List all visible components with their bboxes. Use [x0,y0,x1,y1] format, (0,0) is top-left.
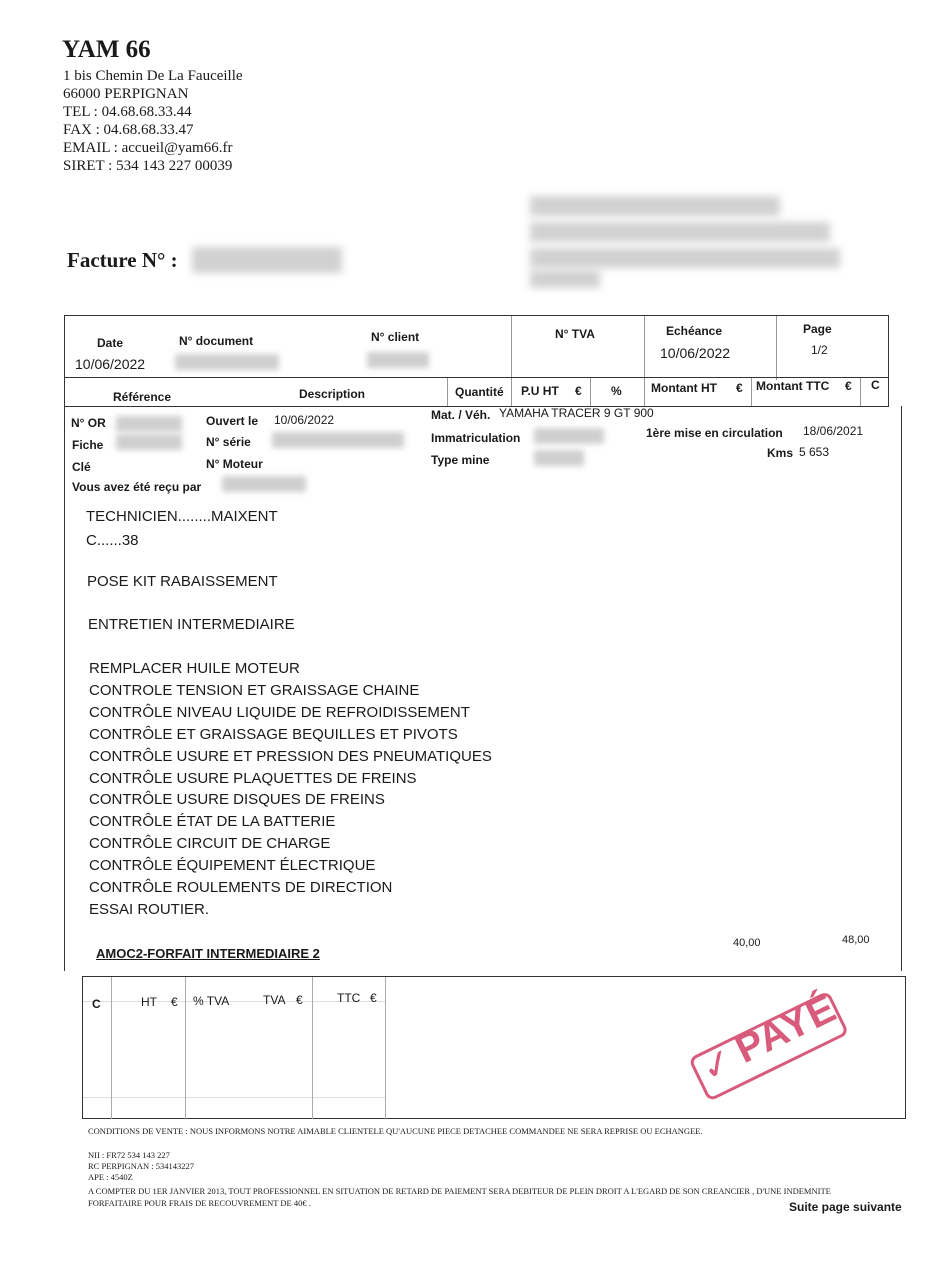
totals-ht-header: HT [141,995,157,1009]
first-registration-label: 1ère mise en circulation [646,426,783,440]
vehicle-label: Mat. / Véh. [431,408,490,422]
column-reference: Référence [113,390,171,404]
totals-ttc-currency: € [370,991,377,1005]
column-percent: % [611,384,622,398]
page-value: 1/2 [811,343,828,357]
redacted-document-number [175,354,279,370]
late-payment-line: FORFAITAIRE POUR FRAIS DE RECOUVREMENT D… [88,1197,831,1209]
technician-line: TECHNICIEN........MAIXENT [86,508,278,525]
kms-value: 5 653 [799,445,829,459]
key-label: Clé [72,460,91,474]
client-number-label: N° client [371,330,419,344]
date-value: 10/06/2022 [75,356,145,372]
kms-label: Kms [767,446,793,460]
c-line: C......38 [86,532,139,549]
operation-item: CONTRÔLE USURE PLAQUETTES DE FREINS [89,768,492,790]
redacted-invoice-number [192,247,342,273]
redacted-fiche [116,434,182,450]
company-tel: TEL : 04.68.68.33.44 [63,103,243,121]
operation-item: CONTRÔLE ET GRAISSAGE BEQUILLES ET PIVOT… [89,724,492,746]
company-name: YAM 66 [62,36,151,64]
divider [447,378,448,406]
operation-item: CONTRÔLE ÉTAT DE LA BATTERIE [89,811,492,833]
line-item-amount-ht: 40,00 [733,937,761,949]
divider [312,977,313,1119]
redacted-received-by [222,476,306,492]
document-number-label: N° document [179,334,253,348]
redacted-registration [534,428,604,444]
nii: NII : FR72 534 143 227 [88,1150,194,1161]
operation-item: ESSAI ROUTIER. [89,899,492,921]
invoice-header-table: Date 10/06/2022 N° document N° client N°… [64,315,889,379]
totals-ttc-header: TTC [337,991,360,1005]
operation-item: CONTRÔLE CIRCUIT DE CHARGE [89,833,492,855]
column-description: Description [299,387,365,401]
or-number-label: N° OR [71,416,106,430]
divider [511,316,512,380]
due-date-label: Echéance [666,324,722,338]
first-registration-value: 18/06/2021 [803,424,863,438]
divider [590,378,591,406]
operations-list: REMPLACER HUILE MOTEUR CONTROLE TENSION … [89,658,492,921]
engine-label: N° Moteur [206,457,263,471]
column-amount-ttc-currency: € [845,379,852,393]
operation-item: CONTRÔLE NIVEAU LIQUIDE DE REFROIDISSEME… [89,702,492,724]
column-unit-price-currency: € [575,384,582,398]
divider [83,1097,385,1098]
company-address-line1: 1 bis Chemin De La Fauceille [63,67,243,85]
invoice-title: Facture N° : [67,248,178,273]
redacted-client-address [530,222,830,242]
operation-item: CONTROLE TENSION ET GRAISSAGE CHAINE [89,680,492,702]
vehicle-value: YAMAHA TRACER 9 GT 900 [499,406,654,420]
operation-item: CONTRÔLE ROULEMENTS DE DIRECTION [89,877,492,899]
operation-item: REMPLACER HUILE MOTEUR [89,658,492,680]
column-amount-ht: Montant HT [651,381,717,395]
redacted-or-number [116,416,182,432]
totals-vat-rate-header: % TVA [193,994,229,1008]
divider [511,378,512,406]
line-item-reference: AMOC2-FORFAIT INTERMEDIAIRE 2 [96,946,320,961]
company-email: EMAIL : accueil@yam66.fr [63,139,243,157]
column-quantity: Quantité [455,385,504,399]
opened-label: Ouvert le [206,414,258,428]
divider [644,378,645,406]
divider [860,378,861,406]
redacted-client-address [530,270,600,288]
company-fax: FAX : 04.68.68.33.47 [63,121,243,139]
late-payment-line: A COMPTER DU 1ER JANVIER 2013, TOUT PROF… [88,1185,831,1197]
received-by-label: Vous avez été reçu par [72,480,201,494]
divider [751,378,752,406]
line-item-amount-ttc: 48,00 [842,934,870,946]
operation-item: CONTRÔLE ÉQUIPEMENT ÉLECTRIQUE [89,855,492,877]
vat-number-label: N° TVA [555,327,595,341]
legal-ids: NII : FR72 534 143 227 RC PERPIGNAN : 53… [88,1150,194,1183]
fiche-label: Fiche [72,438,103,452]
column-amount-ht-currency: € [736,381,743,395]
task-lowering-kit: POSE KIT RABAISSEMENT [87,573,278,590]
continued-next-page: Suite page suivante [789,1200,902,1214]
redacted-client-address [530,248,840,268]
totals-vat-currency: € [296,993,303,1007]
type-mine-label: Type mine [431,453,489,467]
divider [185,977,186,1119]
opened-value: 10/06/2022 [274,413,334,427]
ape-code: APE : 4540Z [88,1172,194,1183]
date-label: Date [97,336,123,350]
redacted-client-address [530,196,780,216]
operation-item: CONTRÔLE USURE DISQUES DE FREINS [89,789,492,811]
page-label: Page [803,322,832,336]
due-date-value: 10/06/2022 [660,345,730,361]
redacted-serial [272,432,404,448]
registration-label: Immatriculation [431,431,520,445]
late-payment-notice: A COMPTER DU 1ER JANVIER 2013, TOUT PROF… [88,1185,831,1209]
totals-c-header: C [92,997,101,1011]
sale-conditions: CONDITIONS DE VENTE : NOUS INFORMONS NOT… [88,1126,703,1136]
line-items-header: Référence Description Quantité P.U HT € … [64,377,889,407]
totals-ht-currency: € [171,995,178,1009]
task-intermediate-service: ENTRETIEN INTERMEDIAIRE [88,616,295,633]
divider [644,316,645,380]
totals-vat-header: TVA [263,993,285,1007]
column-c: C [871,378,880,392]
company-details: 1 bis Chemin De La Fauceille 66000 PERPI… [63,67,243,175]
redacted-type-mine [534,450,584,466]
divider [385,977,386,1119]
rc-number: RC PERPIGNAN : 534143227 [88,1161,194,1172]
redacted-client-number [367,352,429,368]
serial-label: N° série [206,435,251,449]
divider [776,316,777,380]
company-address-line2: 66000 PERPIGNAN [63,85,243,103]
divider [111,977,112,1119]
column-unit-price: P.U HT [521,384,559,398]
operation-item: CONTRÔLE USURE ET PRESSION DES PNEUMATIQ… [89,746,492,768]
column-amount-ttc: Montant TTC [756,379,829,393]
company-siret: SIRET : 534 143 227 00039 [63,157,243,175]
